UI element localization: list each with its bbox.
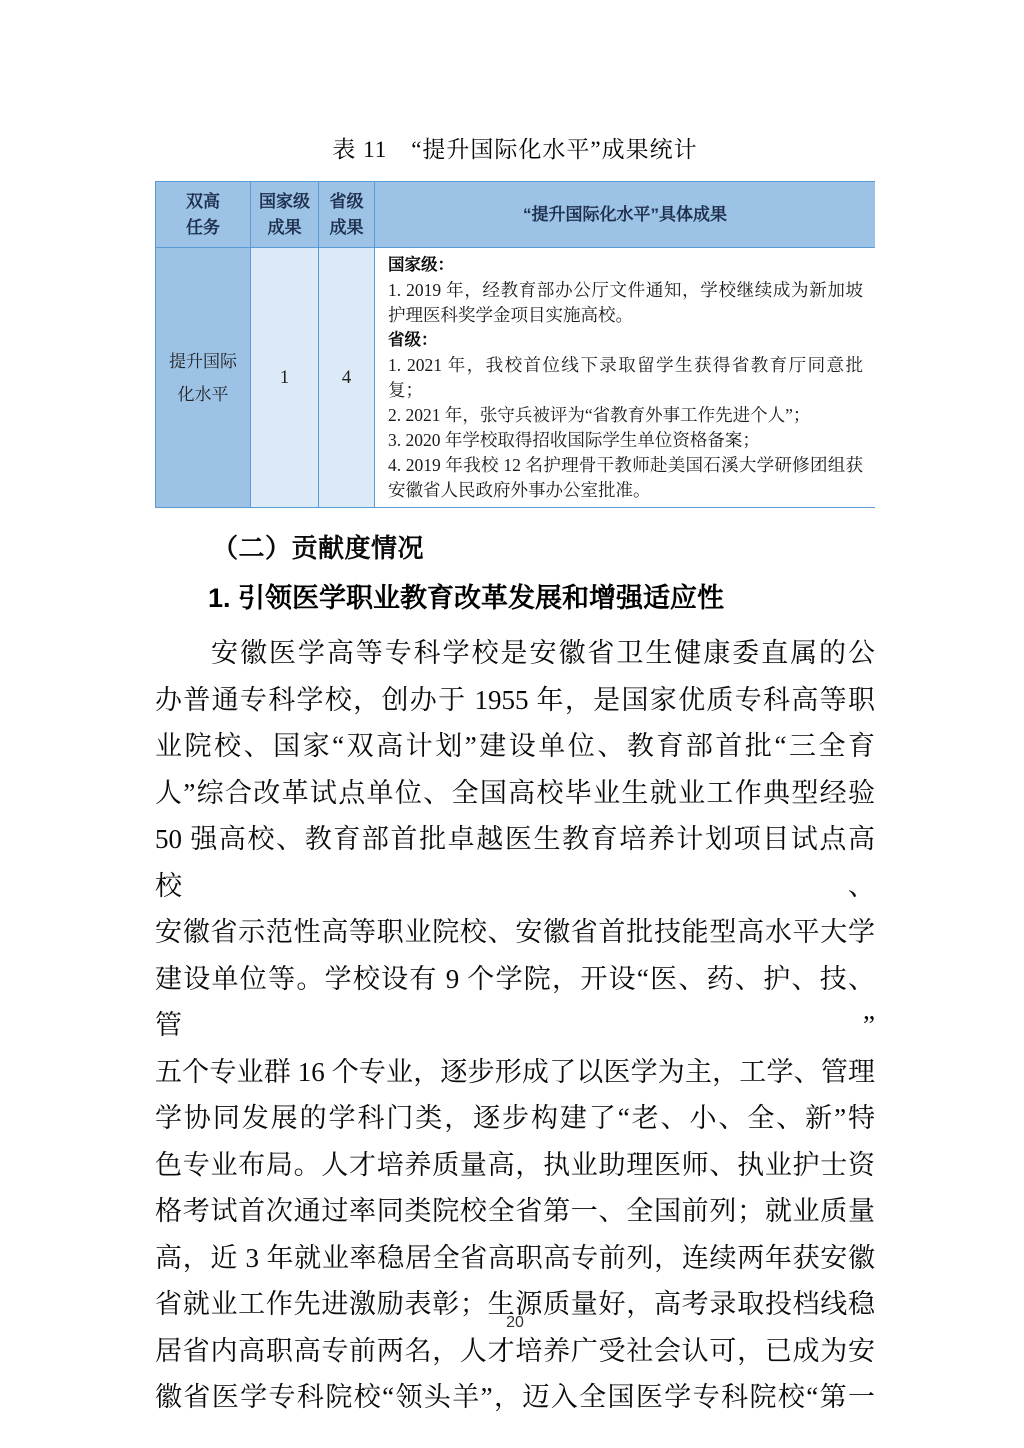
- body-line: 居省内高职高专前两名，人才培养广受社会认可，已成为安: [155, 1328, 875, 1375]
- page-number: 20: [155, 1314, 875, 1332]
- provincial-item: 3. 2020 年学校取得招收国际学生单位资格备案；: [388, 428, 863, 453]
- body-line: 50 强高校、教育部首批卓越医生教育培养计划项目试点高校、: [155, 816, 875, 909]
- body-line: 格考试首次通过率同类院校全省第一、全国前列；就业质量: [155, 1188, 875, 1235]
- header-task-line2: 任务: [156, 215, 250, 241]
- body-line: 五个专业群 16 个专业，逐步形成了以医学为主，工学、管理: [155, 1049, 875, 1096]
- task-line1: 提升国际: [156, 345, 250, 378]
- task-cell: 提升国际 化水平: [156, 248, 251, 508]
- provincial-item: 2. 2021 年，张守兵被评为“省教育外事工作先进个人”；: [388, 403, 863, 428]
- body-line: 业院校、国家“双高计划”建设单位、教育部首批“三全育: [155, 723, 875, 770]
- body-line: 色专业布局。人才培养质量高，执业助理医师、执业护士资: [155, 1142, 875, 1189]
- national-item: 1. 2019 年，经教育部办公厅文件通知，学校继续成为新加坡护理医科奖学金项目…: [388, 278, 863, 328]
- table-header-row: 双高 任务 国家级 成果 省级 成果 “提升国际化水平”具体成果: [156, 182, 876, 248]
- body-line: 高，近 3 年就业率稳居全省高职高专前列，连续两年获安徽: [155, 1235, 875, 1282]
- national-level-label: 国家级：: [388, 253, 863, 278]
- provincial-item: 1. 2021 年，我校首位线下录取留学生获得省教育厅同意批复；: [388, 353, 863, 403]
- body-line: 学协同发展的学科门类，逐步构建了“老、小、全、新”特: [155, 1095, 875, 1142]
- national-count-cell: 1: [251, 248, 319, 508]
- body-line: 人”综合改革试点单位、全国高校毕业生就业工作典型经验: [155, 770, 875, 817]
- body-line: 安徽医学高等专科学校是安徽省卫生健康委直属的公: [155, 630, 875, 677]
- table-title: 表 11 “提升国际化水平”成果统计: [155, 134, 875, 165]
- header-cell-task: 双高 任务: [156, 182, 251, 248]
- body-line: 安徽省示范性高等职业院校、安徽省首批技能型高水平大学: [155, 909, 875, 956]
- document-page: 表 11 “提升国际化水平”成果统计 双高 任务 国家级 成果 省级: [0, 0, 1024, 1448]
- header-provincial-line1: 省级: [319, 189, 374, 215]
- header-task-line1: 双高: [156, 189, 250, 215]
- provincial-item: 4. 2019 年我校 12 名护理骨干教师赴美国石溪大学研修团组获安徽省人民政…: [388, 453, 863, 503]
- provincial-count-cell: 4: [319, 248, 375, 508]
- results-table: 双高 任务 国家级 成果 省级 成果 “提升国际化水平”具体成果: [155, 181, 875, 508]
- header-cell-provincial: 省级 成果: [319, 182, 375, 248]
- header-cell-national: 国家级 成果: [251, 182, 319, 248]
- table-row: 提升国际 化水平 1 4 国家级： 1. 2019 年，经教育部办公厅文件通知，…: [156, 248, 876, 508]
- detail-cell: 国家级： 1. 2019 年，经教育部办公厅文件通知，学校继续成为新加坡护理医科…: [375, 248, 876, 508]
- body-paragraph: 安徽医学高等专科学校是安徽省卫生健康委直属的公 办普通专科学校，创办于 1955…: [155, 630, 875, 1421]
- provincial-level-label: 省级：: [388, 328, 863, 353]
- body-line: 徽省医学专科院校“领头羊”，迈入全国医学专科院校“第一: [155, 1374, 875, 1421]
- header-cell-detail: “提升国际化水平”具体成果: [375, 182, 876, 248]
- section-heading: （二）贡献度情况: [155, 531, 875, 567]
- body-line: 办普通专科学校，创办于 1955 年，是国家优质专科高等职: [155, 677, 875, 724]
- task-line2: 化水平: [156, 378, 250, 411]
- page-content: 表 11 “提升国际化水平”成果统计 双高 任务 国家级 成果 省级: [155, 0, 875, 1448]
- header-national-line2: 成果: [251, 215, 318, 241]
- header-national-line1: 国家级: [251, 189, 318, 215]
- sub-heading: 1. 引领医学职业教育改革发展和增强适应性: [155, 580, 875, 616]
- body-line: 建设单位等。学校设有 9 个学院，开设“医、药、护、技、管”: [155, 956, 875, 1049]
- header-provincial-line2: 成果: [319, 215, 374, 241]
